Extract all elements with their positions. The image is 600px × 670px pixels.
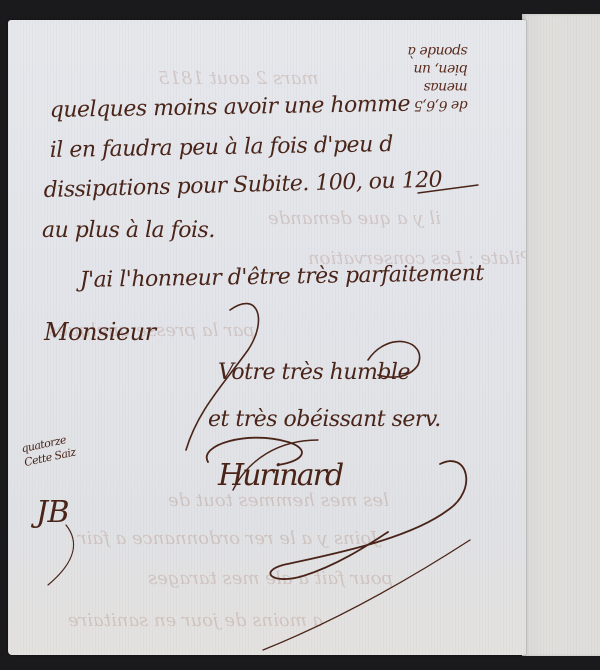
corner-note-line: de 6,6,5 [408, 96, 468, 114]
closing-line-1: Votre très humble [218, 360, 410, 385]
closing-line-2: et très obéissant serv. [208, 407, 441, 432]
signature: Hurinard [218, 458, 342, 493]
corner-note: de 6,6,5 menas bien, un sponde à [408, 42, 468, 114]
body-line-2: il en faudra peu à la fois d'peu d [50, 132, 393, 163]
bleed-through-text: mars 2 aout 1815 [158, 68, 318, 89]
bleed-through-text: pour fait a ale mes tarages [148, 568, 393, 589]
body-line-4: au plus à la fois. [42, 218, 215, 243]
corner-note-line: bien, un [408, 60, 468, 78]
letter-page: mars 2 aout 1815 il y a que demande Il P… [8, 20, 526, 655]
bleed-through-text: les mes hemmes tout de [168, 490, 389, 511]
bleed-through-text: a moins de jour en sanitaire [68, 610, 323, 631]
margin-paraph: JB [36, 495, 69, 530]
body-line-3: dissipations pour Subite. 100, ou 120 [43, 168, 442, 203]
body-line-1: quelques moins avoir une homme [50, 92, 411, 123]
body-line-5: J'ai l'honneur d'être très parfaitement [80, 261, 484, 293]
bleed-through-text: il y a que demande [268, 208, 441, 229]
corner-note-line: menas [408, 78, 468, 96]
margin-note: quatorze Cette Saiz [20, 432, 77, 470]
folded-page-edge [522, 14, 600, 656]
document-photo: mars 2 aout 1815 il y a que demande Il P… [0, 0, 600, 670]
corner-note-line: sponde à [408, 42, 468, 60]
bleed-through-text: Joins y a le rer ordonnance a fair [78, 528, 378, 549]
salutation: Monsieur [44, 318, 156, 346]
